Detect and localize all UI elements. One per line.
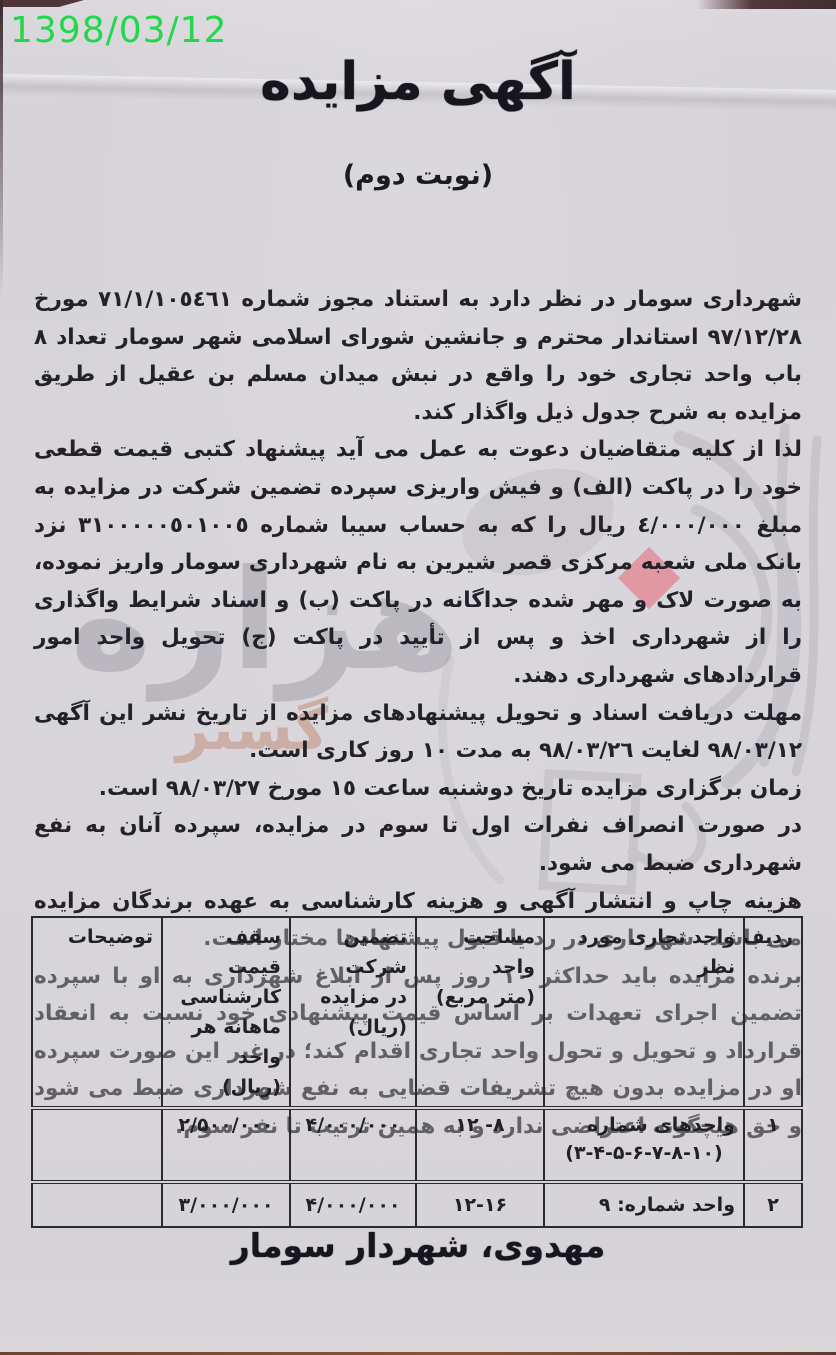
paragraph-submission: لذا از کلیه متقاضیان دعوت به عمل می آید … (34, 431, 802, 694)
paragraph-deadline: مهلت دریافت اسناد و تحویل پیشنهادهای مزا… (34, 695, 802, 770)
signature: مهدوی، شهردار سومار (0, 1226, 836, 1265)
col-header-unit: واحد تجاری مورد نظر (544, 917, 744, 1108)
unit-numbers: (۳-۴-۵-۶-۷-۸-۱۰) (553, 1142, 735, 1164)
cell-row-number: ۱ (744, 1108, 802, 1182)
col-header-row-number: ردیف (744, 917, 802, 1108)
cell-guarantee: ۴/۰۰۰/۰۰۰ (290, 1108, 416, 1182)
cell-price-ceiling: ۳/۰۰۰/۰۰۰ (162, 1182, 290, 1227)
paragraph-withdrawal: در صورت انصراف نفرات اول تا سوم در مزاید… (34, 807, 802, 882)
cell-area: ۱۲ -۸ (416, 1108, 544, 1182)
paragraph-permit: شهرداری سومار در نظر دارد به استناد مجوز… (34, 281, 802, 431)
col-header-price-ceiling: سقف قیمت کارشناسی ماهانه هر واحد (ریال) (162, 917, 290, 1108)
scanned-auction-notice: هزاره گستر 1398/03/12 آگهی مزایده (نوبت … (0, 0, 836, 1355)
ad-subtitle: (نوبت دوم) (0, 160, 836, 191)
cell-unit: واحدهای شماره (۳-۴-۵-۶-۷-۸-۱۰) (544, 1108, 744, 1182)
col-header-notes: توضیحات (32, 917, 162, 1108)
unit-label: واحد شماره: ۹ (553, 1194, 735, 1216)
cell-price-ceiling: ۲/۵۰۰/۰۰۰ (162, 1108, 290, 1182)
cell-notes (32, 1108, 162, 1182)
scan-date-stamp: 1398/03/12 (10, 10, 228, 51)
cell-row-number: ۲ (744, 1182, 802, 1227)
table-row: ۲ واحد شماره: ۹ ۱۲-۱۶ ۴/۰۰۰/۰۰۰ ۳/۰۰۰/۰۰… (32, 1182, 802, 1227)
scan-edge-artifact (0, 0, 84, 7)
scan-edge-artifact (696, 0, 836, 9)
unit-label: واحدهای شماره (553, 1114, 735, 1136)
scan-edge-artifact (0, 0, 3, 300)
cell-unit: واحد شماره: ۹ (544, 1182, 744, 1227)
paragraph-auction-time: زمان برگزاری مزایده تاریخ دوشنبه ساعت ١٥… (34, 770, 802, 808)
cell-guarantee: ۴/۰۰۰/۰۰۰ (290, 1182, 416, 1227)
table-row: ۱ واحدهای شماره (۳-۴-۵-۶-۷-۸-۱۰) ۱۲ -۸ ۴… (32, 1108, 802, 1182)
auction-units-table: ردیف واحد تجاری مورد نظر مساحت واحد (متر… (31, 916, 803, 1228)
cell-area: ۱۲-۱۶ (416, 1182, 544, 1227)
cell-notes (32, 1182, 162, 1227)
col-header-guarantee: تضمین شرکت در مزایده (ریال) (290, 917, 416, 1108)
table-header-row: ردیف واحد تجاری مورد نظر مساحت واحد (متر… (32, 917, 802, 1108)
ad-title: آگهی مزایده (0, 52, 836, 112)
col-header-area: مساحت واحد (متر مربع) (416, 917, 544, 1108)
